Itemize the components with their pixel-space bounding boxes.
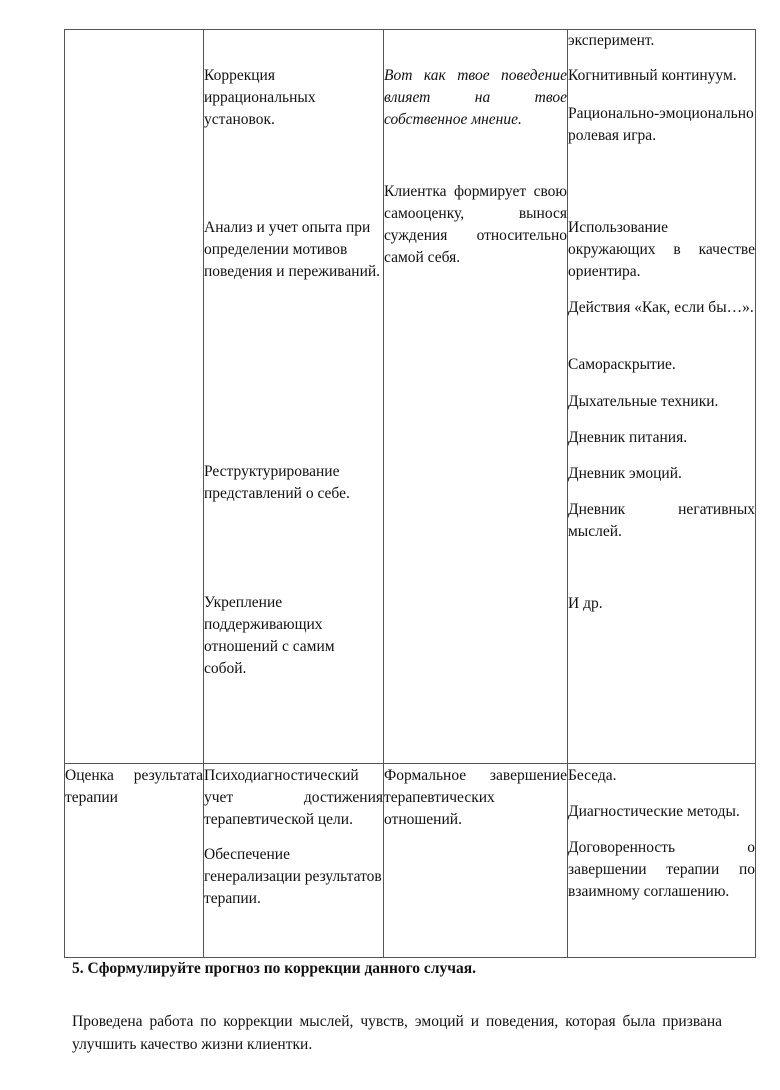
- task-item: Анализ и учет опыта при определении моти…: [204, 217, 383, 283]
- method-item: Дыхательные техники.: [568, 391, 755, 413]
- task-item: Обеспечение генерализации результатов те…: [204, 844, 383, 910]
- table-row: Оценка результата терапии Психодиагности…: [65, 764, 756, 958]
- therapy-plan-table: Коррекция иррациональных установок. Анал…: [64, 29, 756, 958]
- task-item: Реструктурирование представлений о себе.: [204, 461, 383, 505]
- methods-cell: эксперимент. Когнитивный континуум. Раци…: [568, 30, 756, 764]
- method-item: И др.: [568, 593, 755, 615]
- method-item: эксперимент.: [568, 30, 755, 52]
- tasks-cell: Коррекция иррациональных установок. Анал…: [204, 30, 384, 764]
- stage-cell: [65, 30, 204, 764]
- section-heading: 5. Сформулируйте прогноз по коррекции да…: [72, 960, 476, 978]
- method-item: Дневник питания.: [568, 427, 755, 449]
- content-item: Клиентка формирует свою самооценку, выно…: [384, 181, 567, 269]
- method-item: Беседа.: [568, 765, 755, 787]
- method-item: Рационально-эмоционально ролевая игра.: [568, 103, 755, 147]
- section-paragraph: Проведена работа по коррекции мыслей, чу…: [72, 1010, 722, 1056]
- method-item: Договоренность о завершении терапии по в…: [568, 837, 755, 903]
- method-item: Действия «Как, если бы…».: [568, 297, 755, 319]
- stage-cell: Оценка результата терапии: [65, 764, 204, 958]
- tasks-cell: Психодиагностический учет достижения тер…: [204, 764, 384, 958]
- method-item: Самораскрытие.: [568, 354, 755, 376]
- method-item: Диагностические методы.: [568, 801, 755, 823]
- content-cell: Формальное завершение терапевтических от…: [384, 764, 568, 958]
- method-item: Дневник негативных мыслей.: [568, 499, 755, 543]
- task-item: Коррекция иррациональных установок.: [204, 65, 383, 131]
- task-item: Укрепление поддерживающих отношений с са…: [204, 592, 383, 680]
- method-item: Когнитивный континуум.: [568, 65, 755, 87]
- task-item: Психодиагностический учет достижения тер…: [204, 765, 383, 831]
- content-cell: Вот как твое поведение влияет на твое со…: [384, 30, 568, 764]
- stage-label: Оценка результата терапии: [65, 764, 203, 809]
- document-page: Коррекция иррациональных установок. Анал…: [0, 0, 780, 1090]
- methods-cell: Беседа. Диагностические методы. Договоре…: [568, 764, 756, 958]
- table-row: Коррекция иррациональных установок. Анал…: [65, 30, 756, 764]
- method-item: Дневник эмоций.: [568, 463, 755, 485]
- content-item: Вот как твое поведение влияет на твое со…: [384, 65, 567, 131]
- method-item: Использование окружающих в качестве орие…: [568, 217, 755, 283]
- content-item: Формальное завершение терапевтических от…: [384, 765, 567, 831]
